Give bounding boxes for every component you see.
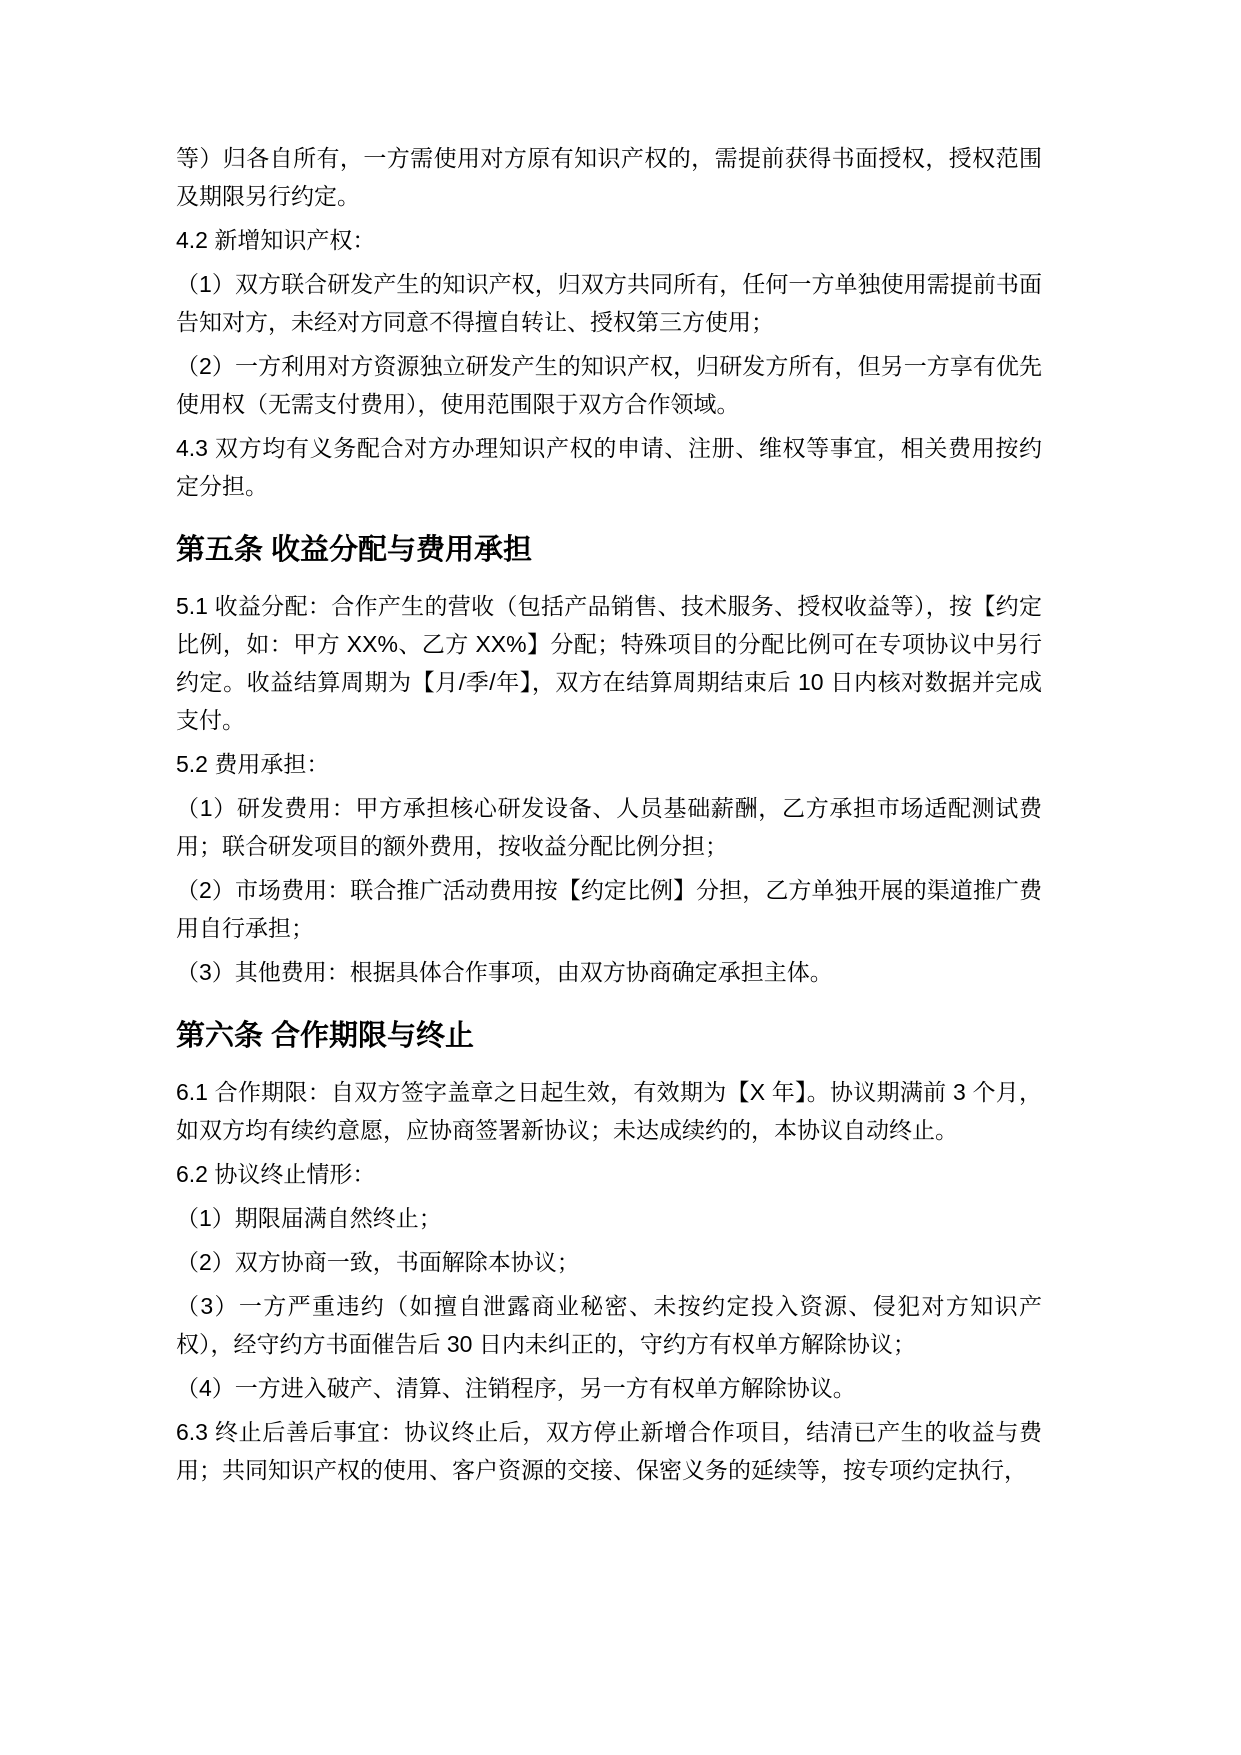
clause-5-2: 5.2 费用承担： [176, 745, 1042, 783]
clause-5-2-item-1: （1）研发费用：甲方承担核心研发设备、人员基础薪酬，乙方承担市场适配测试费用；联… [176, 789, 1042, 865]
clause-4-2: 4.2 新增知识产权： [176, 221, 1042, 259]
section-5-heading: 第五条 收益分配与费用承担 [176, 526, 1042, 574]
clause-5-2-item-2: （2）市场费用：联合推广活动费用按【约定比例】分担，乙方单独开展的渠道推广费用自… [176, 871, 1042, 947]
clause-4-3: 4.3 双方均有义务配合对方办理知识产权的申请、注册、维权等事宜，相关费用按约定… [176, 429, 1042, 505]
clause-6-2: 6.2 协议终止情形： [176, 1155, 1042, 1193]
clause-5-2-item-3: （3）其他费用：根据具体合作事项，由双方协商确定承担主体。 [176, 953, 1042, 991]
clause-4-2-item-1: （1）双方联合研发产生的知识产权，归双方共同所有，任何一方单独使用需提前书面告知… [176, 265, 1042, 341]
clause-6-3: 6.3 终止后善后事宜：协议终止后，双方停止新增合作项目，结清已产生的收益与费用… [176, 1413, 1042, 1489]
document-page: 等）归各自所有，一方需使用对方原有知识产权的，需提前获得书面授权，授权范围及期限… [0, 0, 1241, 1755]
clause-5-1: 5.1 收益分配：合作产生的营收（包括产品销售、技术服务、授权收益等），按【约定… [176, 587, 1042, 739]
clause-4-2-item-2: （2）一方利用对方资源独立研发产生的知识产权，归研发方所有，但另一方享有优先使用… [176, 347, 1042, 423]
clause-6-2-item-3: （3）一方严重违约（如擅自泄露商业秘密、未按约定投入资源、侵犯对方知识产权），经… [176, 1287, 1042, 1363]
clause-6-2-item-4: （4）一方进入破产、清算、注销程序，另一方有权单方解除协议。 [176, 1369, 1042, 1407]
paragraph-continuation-clause-4-1: 等）归各自所有，一方需使用对方原有知识产权的，需提前获得书面授权，授权范围及期限… [176, 139, 1042, 215]
document-content: 等）归各自所有，一方需使用对方原有知识产权的，需提前获得书面授权，授权范围及期限… [0, 0, 1042, 1489]
clause-6-2-item-1: （1）期限届满自然终止； [176, 1199, 1042, 1237]
clause-6-2-item-2: （2）双方协商一致，书面解除本协议； [176, 1243, 1042, 1281]
section-6-heading: 第六条 合作期限与终止 [176, 1012, 1042, 1060]
clause-6-1: 6.1 合作期限：自双方签字盖章之日起生效，有效期为【X 年】。协议期满前 3 … [176, 1073, 1042, 1149]
